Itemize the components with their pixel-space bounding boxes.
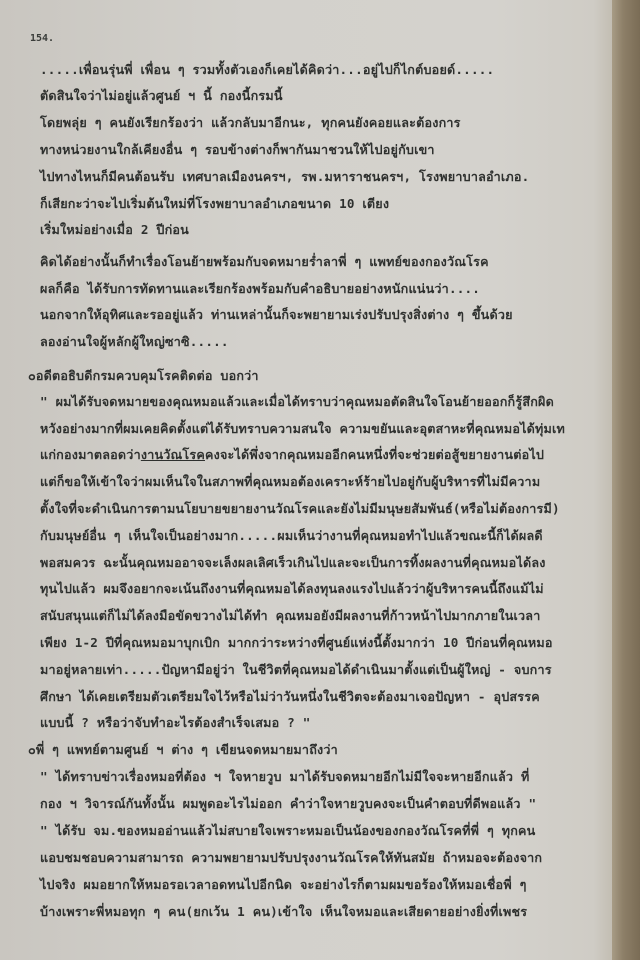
text-line: โดยพลุ่ย ๆ คนยังเรียกร้องว่า แล้วกลับมาอ…: [40, 113, 461, 133]
text-line: นอกจากให้อุทิศและรออยู่แล้ว ท่านเหล่านั้…: [40, 305, 513, 325]
underlined-phrase: งานวัณโรค: [141, 447, 205, 462]
text-line: บ้างเพราะพี่หมอทุก ๆ คน(ยกเว้น 1 คน)เข้า…: [40, 902, 527, 922]
text-line: ตัดสินใจว่าไม่อยู่แล้วศูนย์ ฯ นี้ กองนี้…: [40, 86, 283, 106]
text-line: เริ่มใหม่อย่างเมื่อ 2 ปีก่อน: [40, 220, 189, 240]
text-line: .....เพื่อนรุ่นพี่ เพื่อน ๆ รวมทั้งตัวเอ…: [40, 60, 494, 80]
text-line: พอสมควร ฉะนั้นคุณหมออาจจะเล็งผลเลิศเร็วเ…: [40, 553, 546, 573]
text-line: คิดได้อย่างนั้นก็ทำเรื่องโอนย้ายพร้อมกับ…: [40, 252, 489, 272]
text-line: กับมนุษย์อื่น ๆ เห็นใจเป็นอย่างมาก.....ผ…: [40, 526, 543, 546]
page-number: 154.: [30, 33, 54, 44]
document-page: 154. .....เพื่อนรุ่นพี่ เพื่อน ๆ รวมทั้ง…: [0, 0, 618, 960]
text-line: เพียง 1-2 ปีที่คุณหมอมาบุกเบิก มากกว่าระ…: [40, 633, 553, 653]
text-line: ไปจริง ผมอยากให้หมอรอเวลาอดทนไปอีกนิด จะ…: [40, 875, 527, 895]
text-line: ตั้งใจที่จะดำเนินการตามนโยบายขยายงานวัณโ…: [40, 499, 560, 519]
text-line: " ได้รับ จม.ของหมออ่านแล้วไม่สบายใจเพราะ…: [40, 821, 535, 841]
text-line: ลองอ่านใจผู้หลักผู้ใหญ่ซาซิ.....: [40, 332, 229, 352]
text-line: สนับสนุนแต่ก็ไม่ได้ลงมือขัดขวางไม่ได้ทำ …: [40, 606, 540, 626]
text-line: แอบชมชอบความสามารถ ความพยายามปรับปรุงงาน…: [40, 848, 542, 868]
text-line: ศึกษา ได้เคยเตรียมตัวเตรียมใจไว้หรือไม่ว…: [40, 687, 540, 707]
text-line: ผลก็คือ ได้รับการทัดทานและเรียกร้องพร้อม…: [40, 279, 480, 299]
text-line: ๐พี่ ๆ แพทย์ตามศูนย์ ฯ ต่าง ๆ เขียนจดหมา…: [28, 740, 338, 760]
text-line: แก่กองมาตลอดว่างานวัณโรคคงจะได้พึ่งจากคุ…: [40, 445, 544, 465]
text-line: " ได้ทราบข่าวเรื่องหมอที่ต้อง ฯ ใจหายวูบ…: [40, 767, 529, 787]
text-line: หวังอย่างมากที่ผมเคยคิดตั้งแต่ได้รับทราบ…: [40, 419, 565, 439]
text-line: ทางหน่วยงานใกล้เคียงอื่น ๆ รอบข้างต่างก็…: [40, 140, 435, 160]
text-line: " ผมได้รับจดหมายของคุณหมอแล้วและเมื่อได้…: [40, 392, 554, 412]
text-line: ไปทางไหนก็มีคนต้อนรับ เทศบาลเมืองนครฯ, ร…: [40, 167, 529, 187]
book-gutter: [612, 0, 640, 960]
text-line: แบบนี้ ? หรือว่าจับทำอะไรต้องสำเร็จเสมอ …: [40, 713, 311, 733]
text-line: มาอยู่หลายเท่า.....ปัญหามีอยู่ว่า ในชีวิ…: [40, 660, 552, 680]
text-line: ทุนไปแล้ว ผมจึงอยากจะเน้นถึงงานที่คุณหมอ…: [40, 579, 544, 599]
text-line: กอง ฯ วิจารณ์กันทั้งนั้น ผมพูดอะไรไม่ออก…: [40, 794, 536, 814]
text-line: ๐อดีตอธิบดีกรมควบคุมโรคติดต่อ บอกว่า: [28, 366, 259, 386]
text-line: ก็เสียกะว่าจะไปเริ่มต้นใหม่ที่โรงพยาบาลอ…: [40, 194, 389, 214]
text-line: แต่ก็ขอให้เข้าใจว่าผมเห็นใจในสภาพที่คุณห…: [40, 472, 540, 492]
